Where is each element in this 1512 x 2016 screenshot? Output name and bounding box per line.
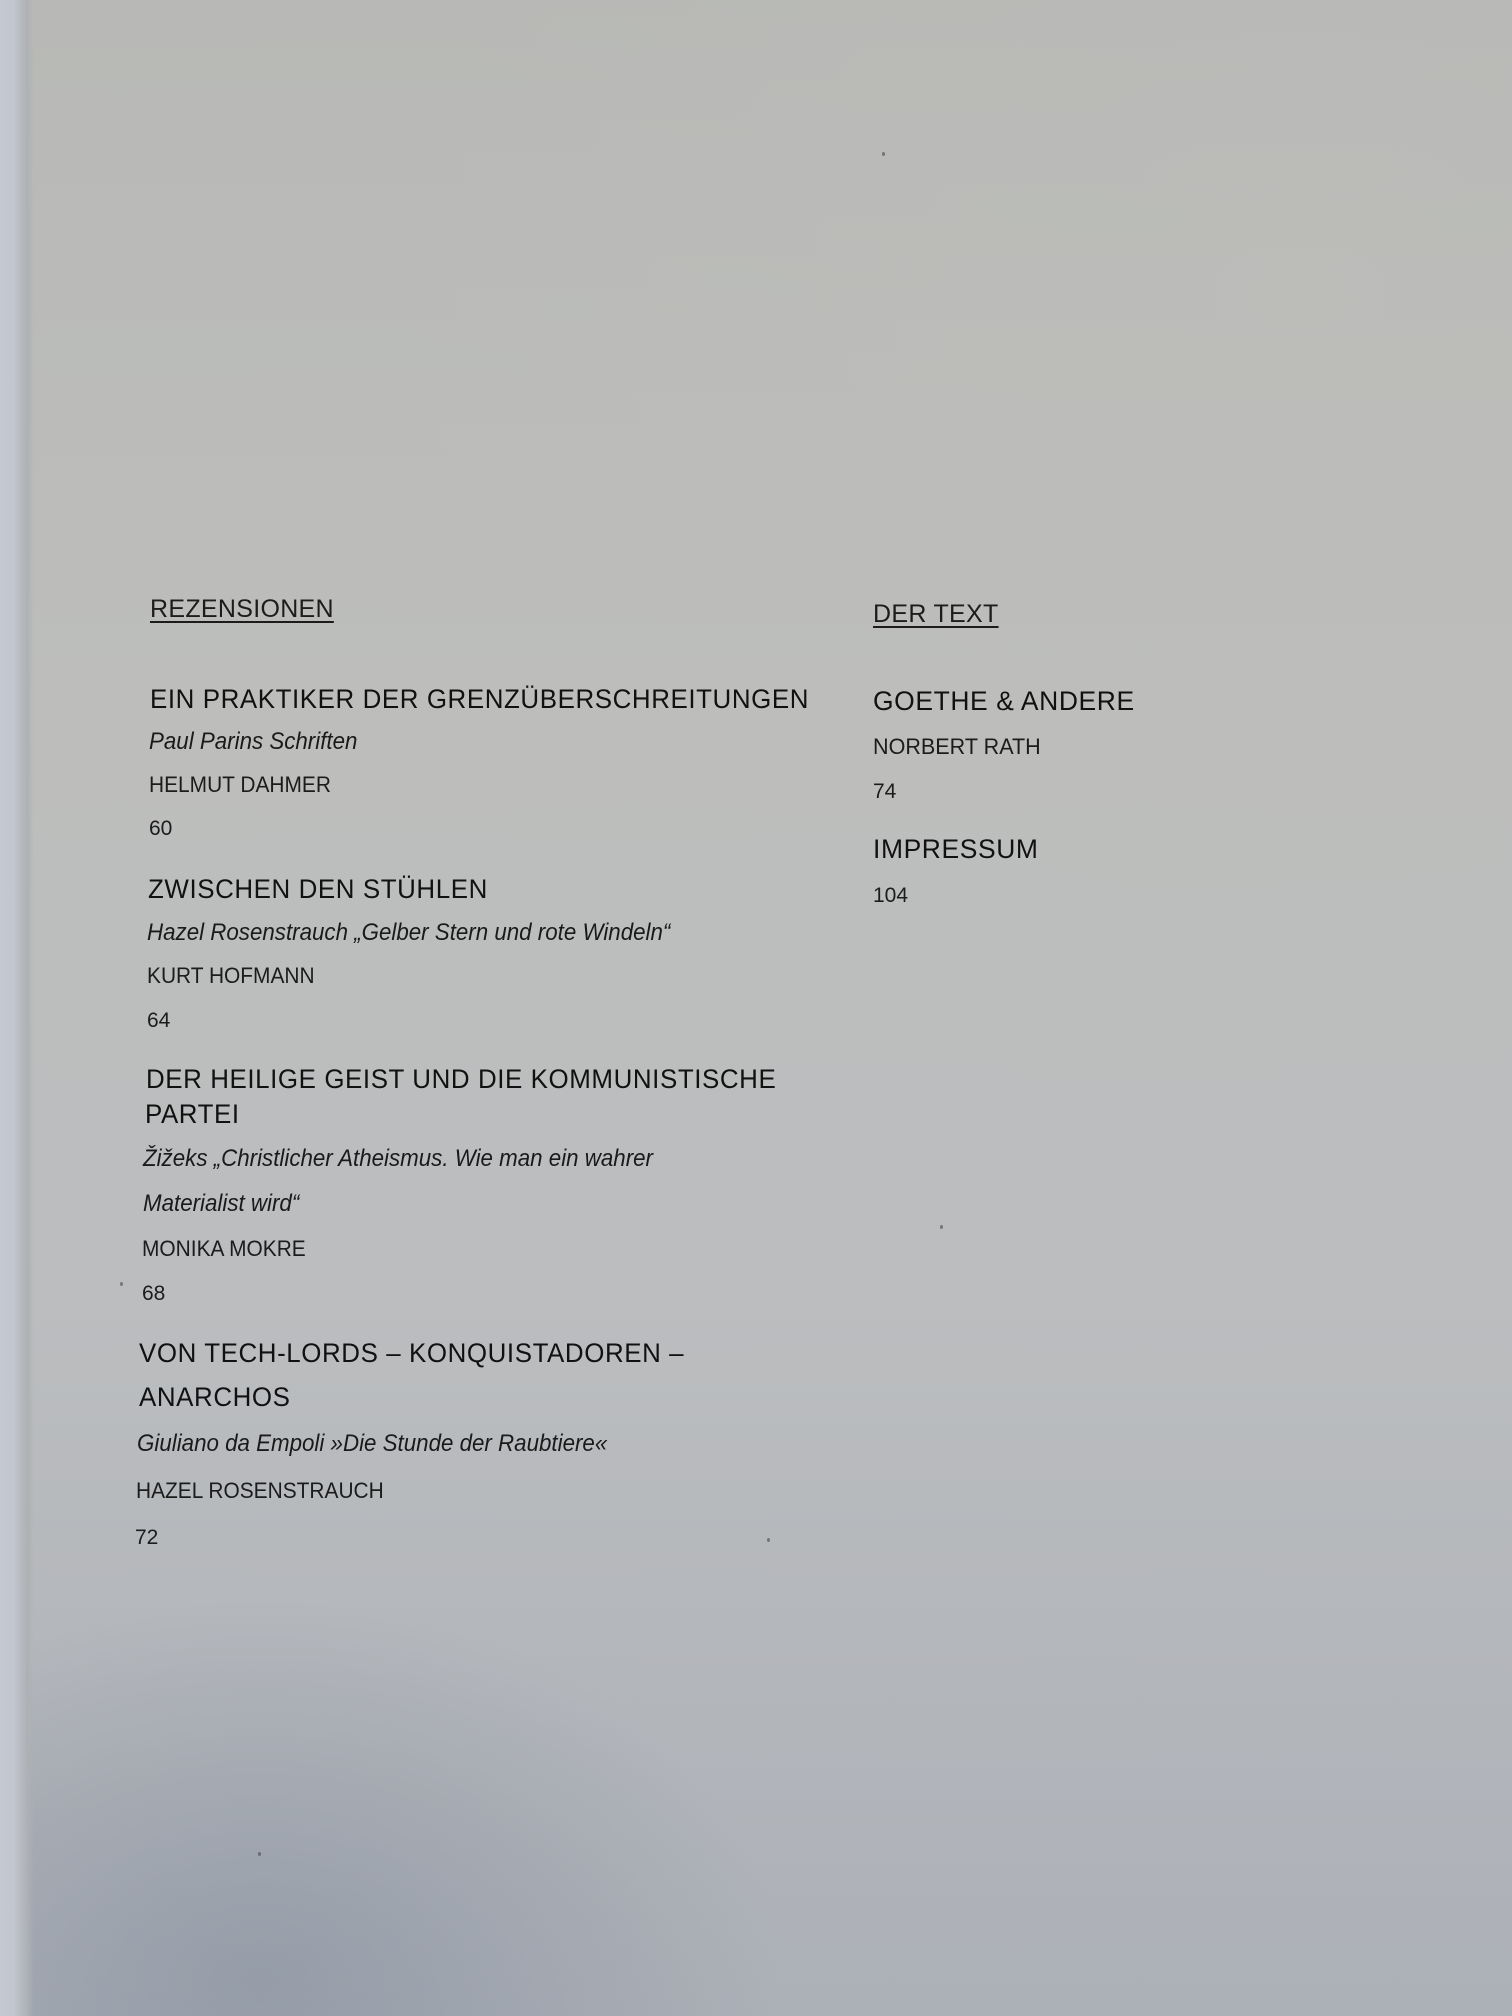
entry-author: KURT HOFMANN [147, 965, 315, 987]
entry-subtitle-line-2: Materialist wird“ [143, 1192, 299, 1216]
paper-speck [940, 1225, 943, 1229]
entry-title-line-1: DER HEILIGE GEIST UND DIE KOMMUNISTISCHE [146, 1066, 776, 1093]
entry-author: MONIKA MOKRE [142, 1238, 306, 1260]
entry-author: HELMUT DAHMER [149, 774, 331, 796]
paper-speck [882, 152, 885, 156]
page-binding-edge [0, 0, 34, 2016]
entry-subtitle: Giuliano da Empoli »Die Stunde der Raubt… [137, 1432, 607, 1456]
entry-title-line-2: ANARCHOS [139, 1384, 291, 1411]
entry-page-number: 74 [873, 781, 896, 802]
entry-subtitle: Hazel Rosenstrauch „Gelber Stern und rot… [147, 921, 670, 945]
entry-title: EIN PRAKTIKER DER GRENZÜBERSCHREITUNGEN [150, 686, 809, 713]
entry-title-line-2: PARTEI [145, 1101, 240, 1128]
entry-title: GOETHE & ANDERE [873, 688, 1135, 715]
entry-author: NORBERT RATH [873, 736, 1041, 758]
entry-page-number: 60 [149, 818, 172, 839]
entry-page-number: 68 [142, 1283, 165, 1304]
entry-author: HAZEL ROSENSTRAUCH [136, 1480, 384, 1502]
entry-title-line-1: VON TECH-LORDS – KONQUISTADOREN – [139, 1340, 684, 1367]
paper-speck [258, 1852, 261, 1856]
section-heading-rezensionen: REZENSIONEN [150, 597, 334, 622]
entry-page-number: 104 [873, 885, 908, 906]
entry-page-number: 64 [147, 1010, 170, 1031]
entry-subtitle: Paul Parins Schriften [149, 730, 357, 754]
paper-speck [120, 1282, 123, 1286]
section-heading-der-text: DER TEXT [873, 602, 999, 627]
entry-page-number: 72 [135, 1527, 158, 1548]
entry-title: ZWISCHEN DEN STÜHLEN [148, 876, 488, 903]
entry-title: IMPRESSUM [873, 836, 1039, 863]
paper-speck [767, 1538, 770, 1542]
entry-subtitle-line-1: Žižeks „Christlicher Atheismus. Wie man … [143, 1147, 653, 1171]
